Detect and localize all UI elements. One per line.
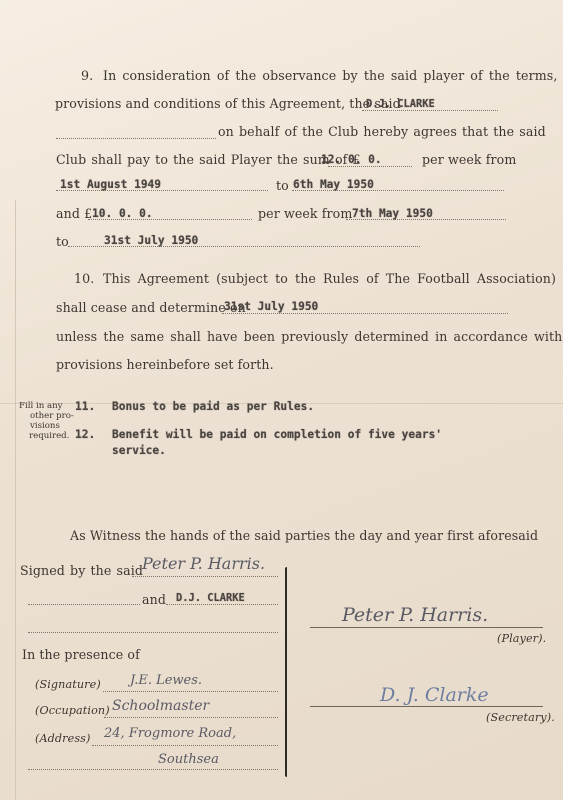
provision-11-text: Bonus to be paid as per Rules. [112,400,314,413]
player-label: (Player). [497,632,546,645]
player-signature-line [310,627,543,628]
presence-label: In the presence of [22,647,140,662]
clause-10-line-4: provisions hereinbefore set forth. [56,357,274,372]
player-signature: Peter P. Harris. [342,604,488,626]
fill-line [92,745,278,746]
fill-line [28,769,278,770]
witness-address-line-1: 24, Frogmore Road, [104,726,236,741]
witness-occupation: Schoolmaster [112,698,209,714]
fill-line [132,576,278,577]
clause-9-line-3: on behalf of the Club hereby agrees that… [218,124,546,139]
clause-10-line-1: This Agreement (subject to the Rules of … [103,271,556,286]
fill-line [56,138,216,139]
clause-9-line-4: Club shall pay to the said Player the su… [56,152,361,167]
witness-signature: J.E. Lewes. [130,673,202,688]
secretary-signature: D. J. Clarke [380,684,489,706]
clause-10-number: 10. [74,271,94,286]
fill-line [103,691,278,692]
clause-10-line-2: shall cease and determine on [56,300,246,315]
per-week-from-label-2: per week from [258,206,352,221]
typed-period-1-end: 6th May 1950 [293,178,374,191]
clause-9-number: 9. [81,68,93,83]
witness-address-line-2: Southsea [158,752,219,767]
typed-period-2-start: 7th May 1950 [352,207,433,220]
clause-10-line-3: unless the same shall have been previous… [56,329,563,344]
provision-12-text-continued: service. [112,444,166,457]
to-label: to [276,178,289,193]
fill-line [28,632,278,633]
per-week-from-label: per week from [422,152,516,167]
fill-line [166,604,278,605]
typed-period-1-start: 1st August 1949 [60,178,161,191]
signed-by-signature: Peter P. Harris. [142,554,265,573]
to-label-2: to [56,234,69,249]
fill-line [328,166,412,167]
typed-and-name: D.J. CLARKE [176,592,245,604]
provision-12-number: 12. [75,428,95,441]
provision-11-number: 11. [75,400,95,413]
typed-weekly-sum-1: 12. 0. 0. [321,153,382,166]
typed-end-date: 31st July 1950 [224,300,318,313]
typed-period-2-end: 31st July 1950 [104,234,198,247]
bracket-divider [285,567,295,777]
occupation-label: (Occupation) [35,704,110,717]
fill-line [362,110,498,111]
football-agreement-page: 9. In consideration of the observance by… [0,0,563,800]
secretary-signature-line [310,706,543,707]
margin-note: Fill in any other pro- visions required. [19,401,74,441]
signature-label: (Signature) [35,678,101,691]
clause-9-line-1: In consideration of the observance by th… [103,68,557,83]
page-margin-line [15,200,16,800]
and-label: and [142,592,166,607]
provision-12-text: Benefit will be paid on completion of fi… [112,428,442,441]
typed-secretary-name: D.J. CLARKE [366,98,435,110]
secretary-label: (Secretary). [486,711,555,724]
fill-line [104,717,278,718]
clause-9-line-2: provisions and conditions of this Agreem… [55,96,401,111]
witness-heading: As Witness the hands of the said parties… [70,528,538,543]
address-label: (Address) [35,732,90,745]
and-pound-label: and £ [56,206,92,221]
signed-by-label: Signed by the said [20,563,143,578]
fill-line [28,604,140,605]
typed-weekly-sum-2: 10. 0. 0. [92,207,153,220]
fill-line [222,313,508,314]
